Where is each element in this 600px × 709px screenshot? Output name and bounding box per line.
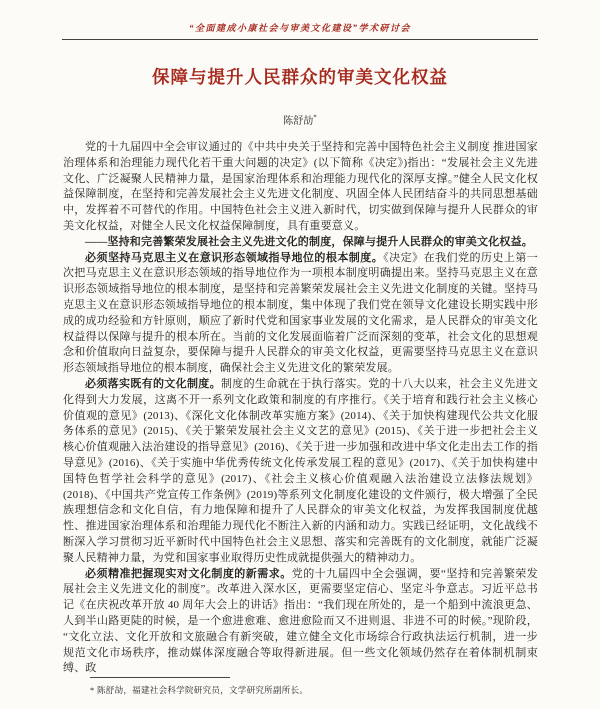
paragraph: ——坚持和完善繁荣发展社会主义先进文化的制度，保障与提升人民群众的审美文化权益。 — [63, 235, 538, 251]
paragraph: 党的十九届四中全会审议通过的《中共中央关于坚持和完善中国特色社会主义制度 推进国… — [63, 140, 538, 235]
paragraph: 必须落实既有的文化制度。制度的生命就在于执行落实。党的十八大以来，社会主义先进文… — [63, 377, 538, 567]
conference-header: “全面建成小康社会与审美文化建设”学术研讨会 — [0, 21, 600, 34]
paragraph-lead: 必须坚持马克思主义在意识形态领域指导地位的根本制度。 — [85, 252, 383, 264]
header-divider-rule — [62, 39, 538, 40]
author-note-mark: * — [313, 114, 317, 122]
scanned-paper-page: “全面建成小康社会与审美文化建设”学术研讨会 保障与提升人民群众的审美文化权益 … — [0, 0, 600, 709]
paragraph-text: 《决定》在我们党的历史上第一次把马克思主义在意识形态领域的指导地位作为一项根本制… — [63, 252, 538, 375]
page-title: 保障与提升人民群众的审美文化权益 — [0, 64, 600, 89]
author-line: 陈舒劼* — [0, 112, 600, 127]
paragraph-lead: 必须精准把握现实对文化制度的新需求。 — [85, 568, 292, 580]
footnote: * 陈舒劼，福建社会科学院研究员，文学研究所副所长。 — [90, 684, 530, 696]
article-body: 党的十九届四中全会审议通过的《中共中央关于坚持和完善中国特色社会主义制度 推进国… — [63, 140, 538, 677]
paragraph: 必须坚持马克思主义在意识形态领域指导地位的根本制度。《决定》在我们党的历史上第一… — [63, 251, 538, 377]
paragraph: 必须精准把握现实对文化制度的新需求。党的十九届四中全会强调，要“坚持和完善繁荣发… — [63, 567, 538, 678]
paragraph-text: 党的十九届四中全会审议通过的《中共中央关于坚持和完善中国特色社会主义制度 推进国… — [63, 141, 538, 232]
author-name: 陈舒劼 — [283, 116, 313, 127]
paragraph-lead: ——坚持和完善繁荣发展社会主义先进文化的制度，保障与提升人民群众的审美文化权益。 — [85, 236, 533, 248]
paragraph-text: 党的十九届四中全会强调，要“坚持和完善繁荣发展社会主义先进文化的制度”。改革进入… — [63, 568, 538, 675]
paragraph-text: 制度的生命就在于执行落实。党的十八大以来，社会主义先进文化得到大力发展，这离不开… — [63, 378, 538, 564]
footnote-divider-rule — [90, 677, 230, 678]
paragraph-lead: 必须落实既有的文化制度。 — [85, 378, 221, 390]
